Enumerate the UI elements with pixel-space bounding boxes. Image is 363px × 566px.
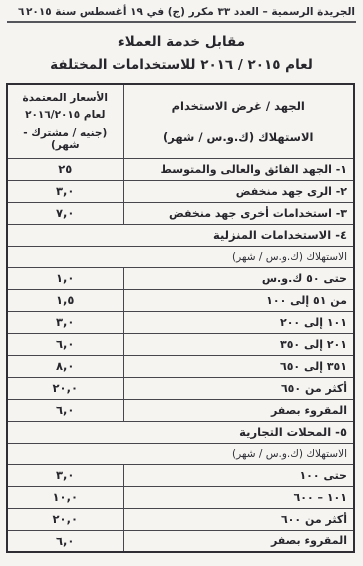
data-row: حتى ١٠٠٣,٠: [7, 464, 354, 486]
document-subtitle: لعام ٢٠١٥ / ٢٠١٦ للاستخدامات المختلفة: [0, 57, 363, 73]
price-header-line2: لعام ٢٠١٦/٢٠١٥: [12, 109, 119, 121]
usage-header-line1: الجهد / غرض الاستخدام: [132, 99, 346, 113]
data-row: ٢- الرى جهد منخفض٣,٠: [7, 180, 354, 202]
section-title: ٥- المحلات التجارية: [7, 421, 354, 443]
usage-header-cell: الجهد / غرض الاستخدام الاستهلاك (ك.و.س /…: [123, 84, 354, 158]
price-header-line3: (جنيه / مشترك - شهر): [12, 127, 119, 151]
data-row: ١٠١ – ٦٠٠١٠,٠: [7, 486, 354, 508]
row-label: حتى ٥٠ ك.و.س: [123, 267, 354, 289]
tariff-table: الجهد / غرض الاستخدام الاستهلاك (ك.و.س /…: [6, 83, 355, 553]
document-title: مقابل خدمة العملاء: [0, 34, 363, 50]
price-header-line1: الأسعار المعتمدة: [12, 92, 119, 104]
row-value: ١,٠: [7, 267, 123, 289]
data-row: ١- الجهد الفائق والعالى والمتوسط٢٥: [7, 158, 354, 180]
subheader-row: الاستهلاك (ك.و.س / شهر): [7, 443, 354, 464]
gazette-page: { "page_header": { "page_number": "٦", "…: [0, 0, 363, 566]
usage-header-lines: الجهد / غرض الاستخدام الاستهلاك (ك.و.س /…: [124, 86, 354, 156]
section-title: ٤- الاستخدامات المنزلية: [7, 224, 354, 246]
row-label: ٢٠١ إلى ٣٥٠: [123, 333, 354, 355]
row-value: ٢٠,٠: [7, 508, 123, 530]
tariff-table-header: الجهد / غرض الاستخدام الاستهلاك (ك.و.س /…: [7, 84, 354, 158]
data-row: أكثر من ٦٥٠٢٠,٠: [7, 377, 354, 399]
section-row: ٥- المحلات التجارية: [7, 421, 354, 443]
row-label: من ٥١ إلى ١٠٠: [123, 289, 354, 311]
row-label: ١٠١ إلى ٢٠٠: [123, 311, 354, 333]
tariff-table-body: ١- الجهد الفائق والعالى والمتوسط٢٥٢- الر…: [7, 158, 354, 552]
data-row: ٢٠١ إلى ٣٥٠٦,٠: [7, 333, 354, 355]
row-value: ٦,٠: [7, 333, 123, 355]
row-value: ٣,٠: [7, 311, 123, 333]
row-label: ٣- استخدامات أخرى جهد منخفض: [123, 202, 354, 224]
data-row: ٣٥١ إلى ٦٥٠٨,٠: [7, 355, 354, 377]
row-value: ٨,٠: [7, 355, 123, 377]
row-label: ٣٥١ إلى ٦٥٠: [123, 355, 354, 377]
row-label: ١- الجهد الفائق والعالى والمتوسط: [123, 158, 354, 180]
row-value: ٦,٠: [7, 399, 123, 421]
consumption-subheader: الاستهلاك (ك.و.س / شهر): [7, 246, 354, 267]
row-value: ٣,٠: [7, 180, 123, 202]
row-label: ٢- الرى جهد منخفض: [123, 180, 354, 202]
price-header-cell: الأسعار المعتمدة لعام ٢٠١٦/٢٠١٥ (جنيه / …: [7, 84, 123, 158]
consumption-subheader: الاستهلاك (ك.و.س / شهر): [7, 443, 354, 464]
data-row: حتى ٥٠ ك.و.س١,٠: [7, 267, 354, 289]
row-label: أكثر من ٦٠٠: [123, 508, 354, 530]
data-row: ١٠١ إلى ٢٠٠٣,٠: [7, 311, 354, 333]
header-divider: [7, 21, 356, 23]
row-label: المقروء بصفر: [123, 530, 354, 552]
subheader-row: الاستهلاك (ك.و.س / شهر): [7, 246, 354, 267]
row-label: حتى ١٠٠: [123, 464, 354, 486]
issue-line: الجريدة الرسمية – العدد ٣٣ مكرر (ج) في ١…: [26, 6, 355, 18]
row-label: أكثر من ٦٥٠: [123, 377, 354, 399]
row-value: ٣,٠: [7, 464, 123, 486]
row-label: المقروء بصفر: [123, 399, 354, 421]
price-header-lines: الأسعار المعتمدة لعام ٢٠١٦/٢٠١٥ (جنيه / …: [8, 86, 123, 156]
row-value: ٦,٠: [7, 530, 123, 552]
row-value: ٢٠,٠: [7, 377, 123, 399]
row-value: ٧,٠: [7, 202, 123, 224]
data-row: أكثر من ٦٠٠٢٠,٠: [7, 508, 354, 530]
data-row: من ٥١ إلى ١٠٠١,٥: [7, 289, 354, 311]
section-row: ٤- الاستخدامات المنزلية: [7, 224, 354, 246]
page-header: الجريدة الرسمية – العدد ٣٣ مكرر (ج) في ١…: [0, 0, 363, 18]
header-row: الجهد / غرض الاستخدام الاستهلاك (ك.و.س /…: [7, 84, 354, 158]
data-row: ٣- استخدامات أخرى جهد منخفض٧,٠: [7, 202, 354, 224]
data-row: المقروء بصفر٦,٠: [7, 530, 354, 552]
row-value: ٢٥: [7, 158, 123, 180]
row-value: ١,٥: [7, 289, 123, 311]
data-row: المقروء بصفر٦,٠: [7, 399, 354, 421]
row-label: ١٠١ – ٦٠٠: [123, 486, 354, 508]
page-number: ٦: [14, 6, 24, 18]
row-value: ١٠,٠: [7, 486, 123, 508]
usage-header-line2: الاستهلاك (ك.و.س / شهر): [132, 130, 346, 144]
